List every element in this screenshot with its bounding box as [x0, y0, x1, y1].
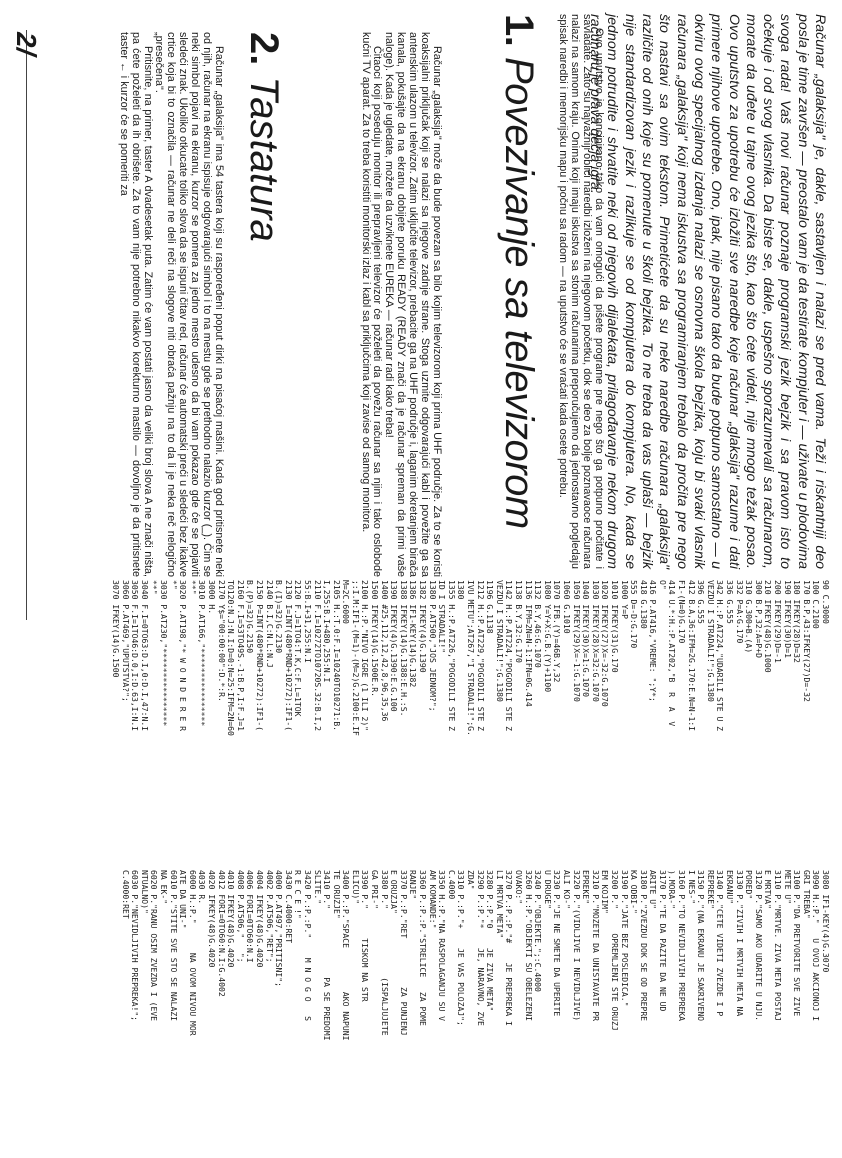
code-line: GRI TREBA": [801, 870, 811, 1158]
code-line: 3240 P."OBJEKTE.";:C.4000: [533, 870, 543, 1158]
code-line: 3380 P." (ISPALJUJETE: [379, 870, 389, 1158]
section-1-paragraph: Računar „galaksija" može da bude povezan…: [382, 32, 442, 577]
code-line: 336 G.555: [724, 580, 734, 880]
code-line: 4002 P.AT506,"RET";: [264, 870, 274, 1158]
section-1-paragraph: Čitaoci koji poseduju monitor ili prepra…: [359, 32, 383, 577]
code-line: 3020 P.AT198,"* W O N D E R E R: [178, 580, 188, 880]
code-line: 1136 IFM=2N=N-1:IFN=0G.414: [523, 580, 533, 880]
code-line: 1380 P.AT500,"JOS JEDNOM?";: [427, 580, 437, 880]
code-line: ID I STRADALI!": [437, 580, 447, 880]
code-line: 3080 IF1-KEY(4)G.3070: [820, 870, 830, 1158]
code-line: 180 IFKEY(28)D=32: [792, 580, 802, 880]
code-line: NTUALNO)": [139, 870, 149, 1158]
code-line: F1-(N=0)G.170: [677, 580, 687, 880]
code-line: 1500 IFKEY(14)G.1500E.R.: [370, 580, 380, 880]
section-2-heading: 2. Tastatura: [241, 32, 287, 432]
page-number: 2/: [10, 32, 42, 55]
scanned-page: Računar „galaksija" je, dakle, sastavlje…: [0, 0, 842, 1158]
code-line: REPREKE": [705, 870, 715, 1158]
code-line: 3420 P.:P.:P." M N O G O S: [302, 870, 312, 1158]
code-line: 1400 #25,112,12,42,8,96,35,36: [379, 580, 389, 880]
code-line: 2130 I=INT(480*RND+10272):IF1-(: [283, 580, 293, 880]
code-line: 396 G.555: [696, 580, 706, 880]
code-line: IVU METU";AT267,"I STRADALI!";G.: [465, 580, 475, 880]
code-line: 3160 P."TO NEVIDLJIVIH PREPREKA: [677, 870, 687, 1158]
section-2-paragraph: Pritisnite, na primer, taster A dvadeset…: [117, 32, 153, 577]
code-line: 4006 FORI=0TO60:N.I: [245, 870, 255, 1158]
code-line: 4030 R.: [197, 870, 207, 1158]
code-line: PORED": [744, 870, 754, 1158]
code-line: 3150 P."(NA EKRANU JE SAKRIVENO: [696, 870, 706, 1158]
code-line: 2100 H.:P."NIVO IGRE (1 ILI 2)": [360, 580, 370, 880]
code-line: M=2C.6000: [341, 580, 351, 880]
code-line: 2170 Y$="00:00:00":D.*:R.: [216, 580, 226, 880]
code-line: 4012 FORI=0TO60:N.I:G.4002: [216, 870, 226, 1158]
code-line: EPREKE": [581, 870, 591, 1158]
section-1-body: Računar „galaksija" može da bude povezan…: [359, 32, 442, 577]
code-line: 4020 IFKEY(48)G.4020: [206, 870, 216, 1158]
code-line: **": [149, 580, 159, 880]
code-line: EM KOJIM": [600, 870, 610, 1158]
code-line: 3430 C.4000:RET: [283, 870, 293, 1158]
code-line: 1080 Y=Y+X:G.B.(Y)+1100: [542, 580, 552, 880]
code-line: 3140 P."CETE VIDETI ZVEZDE I P: [715, 870, 725, 1158]
code-line: 1020 IFKEY(27)X=-32:G.1070: [600, 580, 610, 880]
code-line: B.(P)=32)G.2150: [245, 580, 255, 880]
code-line: 90 C.3000: [820, 580, 830, 880]
code-line: 4008 P.AT506," ";: [235, 870, 245, 1158]
code-line: ELICU)": [350, 870, 360, 1158]
code-line: 190 IFKEY(30)D=1: [782, 580, 792, 880]
code-line: 3000 H.: [206, 580, 216, 880]
code-line: 1030 IFKEY(28)X=32:G.1070: [590, 580, 600, 880]
code-line: 3190 P."JATE BEZ POSLEDICA.": [619, 870, 629, 1158]
code-line: B.(I)=32)G.2130: [274, 580, 284, 880]
code-line: 2120 F.J=1TO4:T.K,C:F.L=1TOK: [293, 580, 303, 880]
code-line: C.4000: [446, 870, 456, 1158]
code-line: KA ODBI-": [629, 870, 639, 1158]
preface-text: Ovo uputstvo je koncipirano tako da vam …: [556, 14, 604, 569]
code-line: ALI KO-": [561, 870, 571, 1158]
code-line: AM KOMANDE:": [427, 870, 437, 1158]
code-line: 1132 B.Y,46:G.1070: [533, 580, 543, 880]
code-line: U DRUGE": [542, 870, 552, 1158]
code-line: 1000 Y=P: [619, 580, 629, 880]
code-line: TO120:N.J:N.I:D=0:N=25:IFM=2N=60: [226, 580, 236, 880]
code-line: 342 H.:P.AT224,"UDARILI STE U Z: [715, 580, 725, 880]
code-line: 1142 H.:P.AT224,"POGODILI STE Z: [504, 580, 514, 880]
code-line: VEZDU I STRADALI!";G.1380: [705, 580, 715, 880]
intro-paragraph: Računar „galaksija" je, dakle, sastavlje…: [586, 14, 828, 569]
code-line: 1060 G.1010: [561, 580, 571, 880]
code-line: O": [657, 580, 667, 880]
footer-divider: [26, 30, 27, 620]
code-line: C.4000:RET: [120, 870, 130, 1158]
code-line: 416 P.AT416,"VREME: ";Y*;: [648, 580, 658, 880]
code-line: 6000 H.:P." NA OVOM NIVOU MOR: [187, 870, 197, 1158]
code-line: 3180 P."ZVEZDU DOK SE OD PREPRE: [638, 870, 648, 1158]
code-line: ZDA": [465, 870, 475, 1158]
code-line: ).MORA-": [667, 870, 677, 1158]
code-line: 1382 IFKEY(4)G.1390: [417, 580, 427, 880]
code-line: 170 B.P,43:IFKEY(27)D=-32: [801, 580, 811, 880]
code-line: 4004 IFKEY(48)G.4020: [254, 870, 264, 1158]
intro-text: Računar „galaksija" je, dakle, sastavlje…: [586, 14, 828, 569]
code-line: 1010 IFKEY(31)G.170: [609, 580, 619, 880]
code-line: 3230 P."JE NE SMETE DA UPERITE: [552, 870, 562, 1158]
code-line: 3170 P."TE DA PAZITE DA NE UD: [657, 870, 667, 1158]
code-line: 3110 P."MRTVE. ZIVA META POSTAJ: [772, 870, 782, 1158]
code-line: 414 U.*:H.:P.AT202,"B R A V: [667, 580, 677, 880]
code-line: 3050 F.I=1TO46:D.0,I:D.63,I:N.I: [130, 580, 140, 880]
code-line: 3310 P.:P."+ JE VAS POLOZAJ";: [456, 870, 466, 1158]
code-line: 4000 P.AT497,"PRITISNI";: [274, 870, 284, 1158]
code-line: 4010 IFKEY(48)G.4020: [226, 870, 236, 1158]
section-2-body: Računar „galaksija" ima 54 tastera koji …: [117, 32, 224, 577]
code-line: 3010 P.AT166,"****************: [197, 580, 207, 880]
code-line: E ORUZJA": [389, 870, 399, 1158]
code-line: 210 IFKEY(48)G.1000: [763, 580, 773, 880]
code-line: 3270 P.:P.:P."# JE PREPREKA I: [504, 870, 514, 1158]
code-line: 1380: [456, 580, 466, 880]
code-line: 332 P=A:G.170: [734, 580, 744, 880]
code-line: ;:I.M:IF1-(M=1)-(M=2)G.2100:E.IF: [350, 580, 360, 880]
code-line: 100 C.2100: [811, 580, 821, 880]
section-2-title: Tastatura: [242, 76, 286, 241]
code-line: 555 D=-D:G.170: [629, 580, 639, 880]
code-line: **": [187, 580, 197, 880]
code-line: 3070 IFKEY(14)G.1500: [110, 580, 120, 880]
code-line: 6010 P."STITE SVE STO SE NALAZI: [168, 870, 178, 1158]
code-line: 3060 P.AT469,"UPUTSTVA?";: [120, 580, 130, 880]
code-line: 1196 G.1138: [485, 580, 495, 880]
section-2-number: 2.: [242, 32, 286, 65]
code-line: EKRANU": [724, 870, 734, 1158]
code-line: 3280 P.:P."0 JE ZIVA META": [485, 870, 495, 1158]
code-line: 3220 P."(VIDLJIVE I NEVIDLJIVE): [571, 870, 581, 1158]
code-line: 3030 P.AT230,"****************: [158, 580, 168, 880]
code-line: 2105 H.:T.0:F.I=10240TO10271:B.: [331, 580, 341, 880]
code-line: 2110 F.I=10272TO10720S.32:B.I,2: [312, 580, 322, 880]
code-line: E MRTVA": [763, 870, 773, 1158]
code-line: LI MRTVA META": [494, 870, 504, 1158]
section-1-number: 1.: [497, 14, 541, 46]
code-line: 3370 P.:P."RET ZA PUNJENJ: [398, 870, 408, 1158]
code-line: 418 G.1380: [638, 580, 648, 880]
code-line: 3100 P."DA PRETVORITE SVE ZIVE: [792, 870, 802, 1158]
code-line: VEZDU I STRADALI!";G.1380: [494, 580, 504, 880]
code-line: 1390 IFKEY(4)G.1390:E.G.100: [389, 580, 399, 880]
code-line: METE U": [782, 870, 792, 1158]
code-line: OVAKO:": [513, 870, 523, 1158]
program-listing-part-2: 3080 IF1-KEY(4)G.30703090 H.:P." U OVOJ …: [120, 870, 830, 1158]
code-line: 3200 P." OPREMLJENI STE ORUZJ: [609, 870, 619, 1158]
code-line: GA PRI-": [370, 870, 380, 1158]
code-line: 1212 H.:P.AT229,"POGODILI STE Z: [475, 580, 485, 880]
code-line: 1138 B.Y,32:G.170: [513, 580, 523, 880]
section-1-heading: 1. Povezivanje sa televizorom: [496, 14, 542, 574]
preface-paragraph: Ovo uputstvo je koncipirano tako da vam …: [556, 14, 604, 569]
code-line: 3260 H.:P."OBJEKTI SU OBELEZENI: [523, 870, 533, 1158]
code-line: ATE DA UNI-": [178, 870, 188, 1158]
code-line: SLITE.": [312, 870, 322, 1158]
code-line: I,255:B.I+480,255:N.I: [322, 580, 332, 880]
code-line: 3390 P." TISKOM NA STR: [360, 870, 370, 1158]
code-line: 3090 H.:P." U OVOJ AKCIONOJ I: [811, 870, 821, 1158]
code-line: 412 B.A,36:IFM=2G.170:E.N=N-1:I: [686, 580, 696, 880]
code-line: 3040 F.I=0TO63:D.I,0:D.I,47:N.I: [139, 580, 149, 880]
code-line: 2140 B.I,C:N.L:N.J: [264, 580, 274, 880]
code-line: ARITE U": [648, 870, 658, 1158]
code-line: 300 B.P,32:A=P+D: [753, 580, 763, 880]
code-line: I NES-": [686, 870, 696, 1158]
code-line: R E C E !": [293, 870, 303, 1158]
code-line: 55:B.I+31,255:N.I: [302, 580, 312, 880]
section-2-paragraph: Računar „galaksija" ima 54 tastera koji …: [153, 32, 224, 577]
code-line: 6030 P."NEVIDLJIVIH PREPREKA!";: [130, 870, 140, 1158]
code-line: *": [168, 580, 178, 880]
code-line: 310 G.300+B.(A): [744, 580, 754, 880]
code-line: 1040 IFKEY(30)X=1:G.1070: [581, 580, 591, 880]
code-line: 1355 H.:P.AT226,"POGODILI STE Z: [446, 580, 456, 880]
program-listing-part-1: 90 C.3000100 C.2100170 B.P,43:IFKEY(27)D…: [110, 580, 830, 880]
code-line: 200 IFKEY(29)D=-1: [772, 580, 782, 880]
code-line: NA EK-": [158, 870, 168, 1158]
code-line: RANJE": [408, 870, 418, 1158]
code-line: 3410 P." PA SE PREDOMI: [322, 870, 332, 1158]
code-line: 3290 P.:P."* JE, NARAVNO, ZVE: [475, 870, 485, 1158]
code-line: TE ORUZJE": [331, 870, 341, 1158]
code-line: 2150 P=INT(480*RND+10272):IF1-(: [254, 580, 264, 880]
code-line: 3400 P.:P."SPACE AKO NAPUNI: [341, 870, 351, 1158]
code-line: 3350 H.:P."NA RASPOLAGANJU SU V: [437, 870, 447, 1158]
code-line: 1070 IFB.(Y)=46B.Y,32: [552, 580, 562, 880]
code-line: 1386 IF1-KEY(14)G.1382: [408, 580, 418, 880]
code-line: 3130 P."ZIVIH I MRTVIH META NA: [734, 870, 744, 1158]
section-1-title: Povezivanje sa televizorom: [497, 57, 541, 529]
code-line: 3120 P."SAMO AKO UDARITE U NJU.: [753, 870, 763, 1158]
code-line: 3360 P.:P.:P."STRELICE ZA POME: [417, 870, 427, 1158]
code-line: 1388 IFKEY(14)G.1388:E.H.:S.: [398, 580, 408, 880]
code-line: 2160 F.I=53TO49S.-1:B.P,I:F.J=1: [235, 580, 245, 880]
code-line: 6020 P."RANU OSIM ZVEZDA I (EVE: [149, 870, 159, 1158]
code-line: 3210 P."MOZETE DA UNISTAVATE PR: [590, 870, 600, 1158]
code-line: 1050 IFKEY(29)X=-1:G.1070: [571, 580, 581, 880]
